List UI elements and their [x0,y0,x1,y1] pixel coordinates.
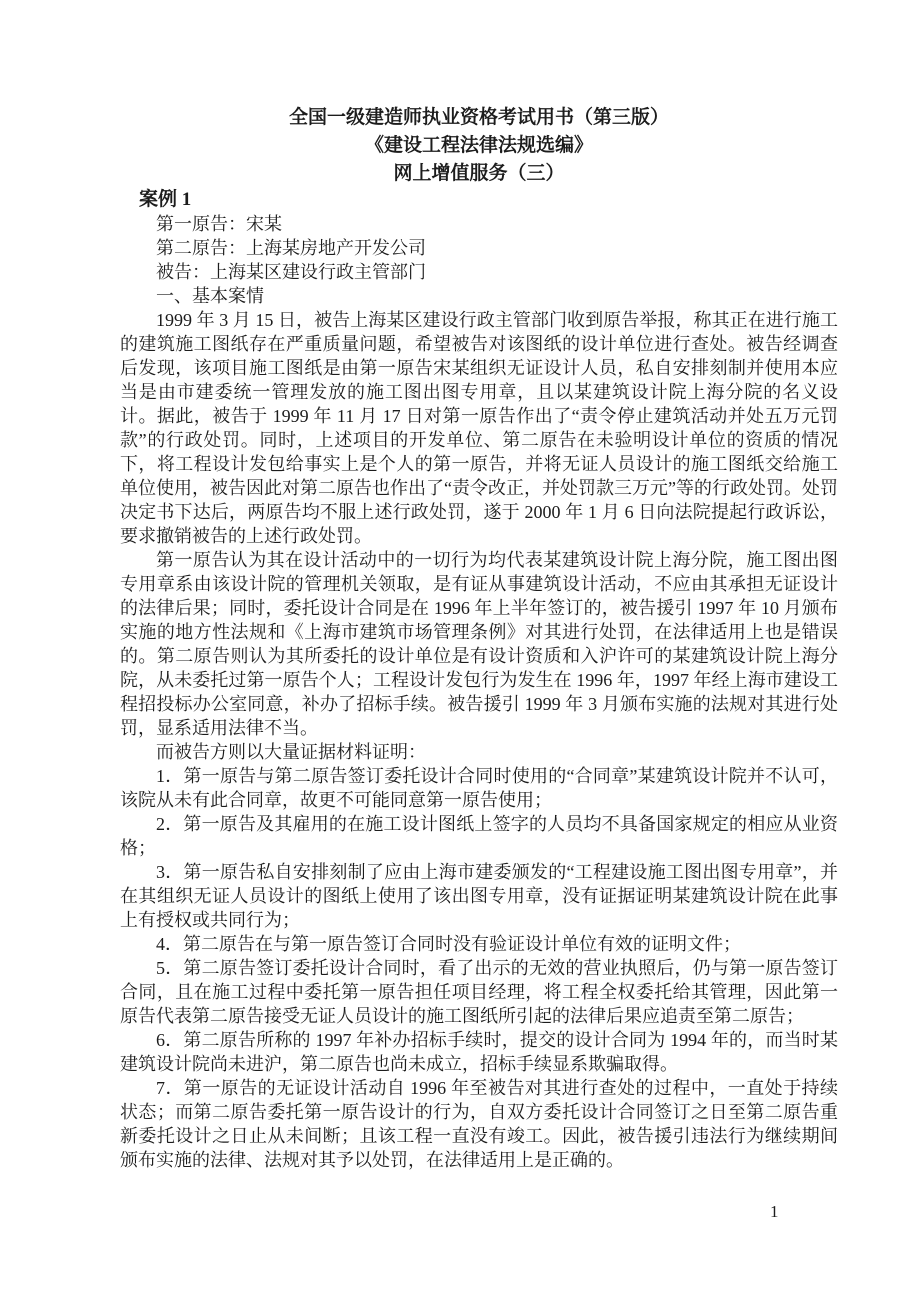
party-first-plaintiff: 第一原告：宋某 [120,212,838,236]
page-number: 1 [770,1202,779,1222]
evidence-item-1: 1．第一原告与第二原告签订委托设计合同时使用的“合同章”某建筑设计院并不认可，该… [120,764,838,812]
case-label: 案例 1 [120,188,838,212]
section-heading-basic-facts: 一、基本案情 [120,284,838,308]
paragraph-case-facts: 1999 年 3 月 15 日，被告上海某区建设行政主管部门收到原告举报，称其正… [120,308,838,548]
paragraph-plaintiff-arguments: 第一原告认为其在设计活动中的一切行为均代表某建筑设计院上海分院，施工图出图专用章… [120,548,838,740]
evidence-item-6: 6．第二原告所称的 1997 年补办招标手续时，提交的设计合同为 1994 年的… [120,1028,838,1076]
party-second-plaintiff: 第二原告：上海某房地产开发公司 [120,236,838,260]
book-title: 全国一级建造师执业资格考试用书（第三版） [120,104,838,132]
volume-title: 《建设工程法律法规选编》 [120,132,838,160]
party-defendant: 被告：上海某区建设行政主管部门 [120,260,838,284]
evidence-item-4: 4．第二原告在与第一原告签订合同时没有验证设计单位有效的证明文件； [120,932,838,956]
supplement-title: 网上增值服务（三） [120,160,838,188]
document-page: 全国一级建造师执业资格考试用书（第三版） 《建设工程法律法规选编》 网上增值服务… [0,0,920,1302]
evidence-item-2: 2．第一原告及其雇用的在施工设计图纸上签字的人员均不具备国家规定的相应从业资格； [120,812,838,860]
document-header: 全国一级建造师执业资格考试用书（第三版） 《建设工程法律法规选编》 网上增值服务… [120,104,838,188]
evidence-item-3: 3．第一原告私自安排刻制了应由上海市建委颁发的“工程建设施工图出图专用章”，并在… [120,860,838,932]
evidence-item-7: 7．第一原告的无证设计活动自 1996 年至被告对其进行查处的过程中，一直处于持… [120,1076,838,1172]
paragraph-defendant-evidence-intro: 而被告方则以大量证据材料证明： [120,740,838,764]
evidence-item-5: 5．第二原告签订委托设计合同时，看了出示的无效的营业执照后，仍与第一原告签订合同… [120,956,838,1028]
